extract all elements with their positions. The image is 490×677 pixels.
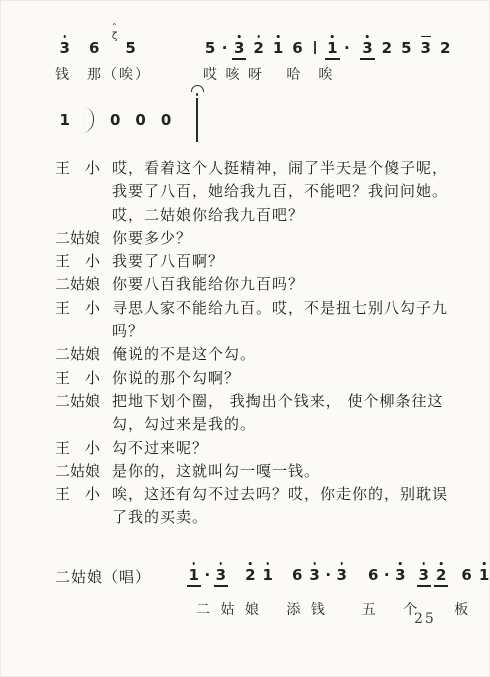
note-digit: 2 [440, 41, 450, 56]
dialogue-text: 把地下划个圈， 我掏出个钱来， 使个柳条往这勾，勾过来是我的。 [112, 390, 460, 437]
dialogue-line: 我要了八百啊？ [112, 250, 460, 273]
note-digit: 6 [368, 568, 378, 583]
dialogue-row: 王 小你说的那个勾啊？ [55, 367, 460, 390]
dialogue-row: 王 小我要了八百啊？ [55, 250, 460, 273]
note-digit: 6 [89, 41, 99, 56]
duration-dot: · [325, 568, 331, 583]
dialogue-row: 二姑娘你要多少？ [55, 227, 460, 250]
dialogue-line: 勾不过来呢？ [112, 437, 460, 460]
dialogue-row: 二姑娘是你的，这就叫勾一嘎一钱。 [55, 460, 460, 483]
dialogue-text: 你要多少？ [112, 227, 460, 250]
dialogue-text: 你要八百我能给你九百吗？ [112, 273, 460, 296]
phrase-end-barline [196, 98, 197, 142]
barline [314, 41, 315, 54]
dialogue-row: 王 小寻思人家不能给九百。哎，不是扭七别八勾子九吗？ [55, 297, 460, 344]
dialogue-row: 二姑娘你要八百我能给你九百吗？ [55, 273, 460, 296]
note-digit: 1 [60, 113, 70, 128]
duration-dot: · [222, 41, 228, 56]
note-digit: 3 [362, 41, 372, 56]
lyrics-line-1-right: 哎 咳 呀 哈 唉 [203, 64, 334, 84]
speaker-name: 王 小 [55, 157, 112, 180]
dialogue-row: 王 小勾不过来呢？ [55, 437, 460, 460]
dialogue-text: 是你的，这就叫勾一嘎一钱。 [112, 460, 460, 483]
note-digit: 2 [382, 41, 392, 56]
dialogue-text: 唉，这还有勾不过去吗？哎，你走你的，别耽误了我的买卖。 [112, 483, 460, 530]
dialogue-line: 你要八百我能给你九百吗？ [112, 273, 460, 296]
dialogue-row: 二姑娘把地下划个圈， 我掏出个钱来， 使个柳条往这勾，勾过来是我的。 [55, 390, 460, 437]
dialogue-line: 我要了八百，她给我九百，不能吧？我问问她。 [112, 180, 460, 203]
note-digit: 6 [292, 41, 302, 56]
speaker-name: 王 小 [55, 437, 112, 460]
note-digit: 6 [292, 568, 302, 583]
note-digit: 3 [234, 41, 244, 56]
note-digit: 1 [263, 568, 273, 583]
note-digit: 2 [245, 568, 255, 583]
fermata-dot-icon [196, 93, 199, 96]
note-digit: 5 [401, 41, 411, 56]
note-digit: 1 [479, 568, 489, 583]
speaker-name: 二姑娘 [55, 390, 112, 413]
note-digit: 3 [216, 568, 226, 583]
speaker-name: 王 小 [55, 297, 112, 320]
dialogue-line: 了我的买卖。 [112, 506, 460, 529]
lyrics-line-1-left: 钱 那（唉） [55, 64, 151, 84]
note-digit: 5 [125, 41, 135, 56]
dialogue-line: 吗？ [112, 320, 460, 343]
dialogue-line: 俺说的不是这个勾。 [112, 343, 460, 366]
dialogue-line: 哎，看着这个人挺精神，闹了半天是个傻子呢， [112, 157, 460, 180]
speaker-name: 王 小 [55, 483, 112, 506]
dialogue-line: 是你的，这就叫勾一嘎一钱。 [112, 460, 460, 483]
note-digit: 1 [189, 568, 199, 583]
speaker-name: 王 小 [55, 250, 112, 273]
ornament-mark-icon [110, 33, 121, 49]
speaker-name: 二姑娘 [55, 273, 112, 296]
duration-dot: · [204, 568, 210, 583]
dialogue-line: 你说的那个勾啊？ [112, 367, 460, 390]
duration-dot: · [344, 41, 350, 56]
note-digit: 2 [436, 568, 446, 583]
note-digit: 6 [461, 568, 471, 583]
dialogue-row: 王 小哎，看着这个人挺精神，闹了半天是个傻子呢，我要了八百，她给我九百，不能吧？… [55, 157, 460, 227]
speaker-name: 王 小 [55, 367, 112, 390]
rest-note: 0 [161, 113, 171, 128]
dialogue-block: 王 小哎，看着这个人挺精神，闹了半天是个傻子呢，我要了八百，她给我九百，不能吧？… [55, 157, 460, 530]
dialogue-text: 寻思人家不能给九百。哎，不是扭七别八勾子九吗？ [112, 297, 460, 344]
duration-dot: · [384, 568, 390, 583]
dialogue-line: 把地下划个圈， 我掏出个钱来， 使个柳条往这 [112, 390, 460, 413]
fermata-mark [188, 85, 206, 142]
dialogue-line: 你要多少？ [112, 227, 460, 250]
dialogue-row: 二姑娘俺说的不是这个勾。 [55, 343, 460, 366]
notation-line-1: 3655·32161·32532 [55, 33, 455, 56]
speaker-name: 二姑娘 [55, 227, 112, 250]
breath-curve-mark [83, 108, 96, 134]
note-digit: 5 [205, 41, 215, 56]
rest-note: 0 [110, 113, 120, 128]
closing-singer-label: 二姑娘（唱） [55, 566, 151, 587]
dialogue-line: 勾，勾过来是我的。 [112, 413, 460, 436]
dialogue-text: 哎，看着这个人挺精神，闹了半天是个傻子呢，我要了八百，她给我九百，不能吧？我问问… [112, 157, 460, 227]
note-digit: 3 [421, 41, 431, 56]
speaker-name: 二姑娘 [55, 343, 112, 366]
score-page: 3655·32161·32532 钱 那（唉） 哎 咳 呀 哈 唉 1000 王… [0, 0, 490, 677]
fermata-arc-icon [191, 85, 204, 92]
notation-line-3: 1·32163·36·332611 [185, 567, 490, 583]
dialogue-line: 哎，二姑娘你给我九百吧？ [112, 204, 460, 227]
dialogue-line: 唉，这还有勾不过去吗？哎，你走你的，别耽误 [112, 483, 460, 506]
dialogue-text: 我要了八百啊？ [112, 250, 460, 273]
dialogue-row: 王 小唉，这还有勾不过去吗？哎，你走你的，别耽误了我的买卖。 [55, 483, 460, 530]
note-digit: 3 [309, 568, 319, 583]
note-digit: 3 [60, 41, 70, 56]
note-digit: 1 [327, 41, 337, 56]
note-digit: 1 [273, 41, 283, 56]
page-number: 25 [414, 611, 436, 627]
note-digit: 2 [253, 41, 263, 56]
dialogue-line: 寻思人家不能给九百。哎，不是扭七别八勾子九 [112, 297, 460, 320]
note-digit: 3 [337, 568, 347, 583]
note-digit: 3 [419, 568, 429, 583]
dialogue-text: 勾不过来呢？ [112, 437, 460, 460]
note-digit: 3 [395, 568, 405, 583]
rest-note: 0 [135, 113, 145, 128]
notation-line-2: 1000 [55, 108, 176, 133]
speaker-name: 二姑娘 [55, 460, 112, 483]
dialogue-text: 俺说的不是这个勾。 [112, 343, 460, 366]
dialogue-text: 你说的那个勾啊？ [112, 367, 460, 390]
